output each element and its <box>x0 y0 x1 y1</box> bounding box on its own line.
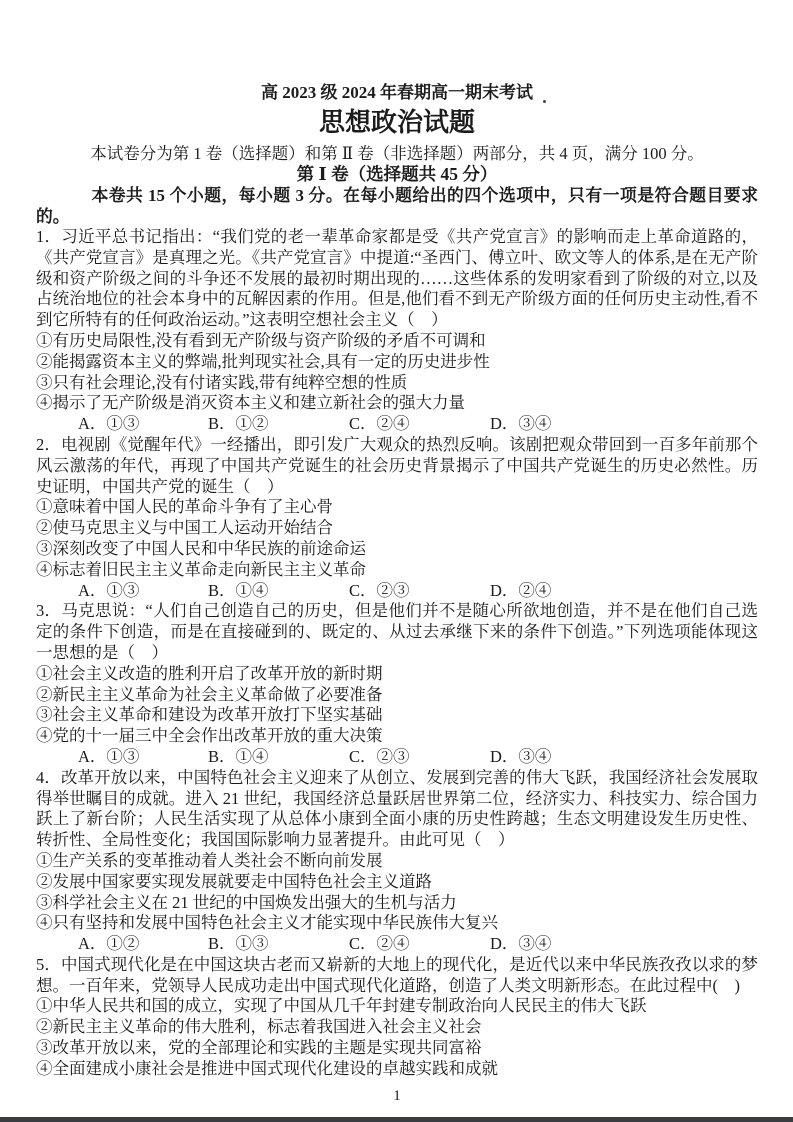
question-3-options-row: A．①③ B．①④ C．②③ D．③④ <box>36 747 758 768</box>
question-5-stem: 5．中国式现代化是在中国这块古老而又崭新的大地上的现代化，是近代以来中华民族孜孜… <box>36 955 758 997</box>
question-5-item-2: ②新民主主义革命的伟大胜利，标志着我国进入社会主义社会 <box>36 1017 758 1038</box>
question-1-item-4: ④揭示了无产阶级是消灭资本主义和建立新社会的强大力量 <box>36 393 758 414</box>
question-1-option-a: A．①③ <box>78 414 208 435</box>
question-2-option-b: B．①④ <box>208 581 349 602</box>
question-3-option-d: D．③④ <box>490 747 551 768</box>
question-2-option-a: A．①③ <box>78 581 208 602</box>
question-4-options-row: A．①② B．①③ C．②④ D．③④ <box>36 934 758 955</box>
question-4-item-3: ③科学社会主义在 21 世纪的中国焕发出强大的生机与活力 <box>36 893 758 914</box>
page-bottom-edge <box>0 1117 793 1122</box>
question-2-option-d: D．②④ <box>490 581 551 602</box>
question-1: 1．习近平总书记指出：“我们党的老一辈革命家都是受《共产党宣言》的影响而走上革命… <box>36 227 758 435</box>
question-4-item-2: ②发展中国家要实现发展就要走中国特色社会主义道路 <box>36 872 758 893</box>
question-4-option-d: D．③④ <box>490 934 551 955</box>
question-3-option-b: B．①④ <box>208 747 349 768</box>
question-3-item-1: ①社会主义改造的胜利开启了改革开放的新时期 <box>36 664 758 685</box>
question-2-item-4: ④标志着旧民主主义革命走向新民主主义革命 <box>36 560 758 581</box>
exam-session-title: 高 2023 级 2024 年春期高一期末考试 <box>36 82 758 104</box>
question-3-item-4: ④党的十一届三中全会作出改革开放的重大决策 <box>36 726 758 747</box>
question-1-option-c: C．②④ <box>349 414 490 435</box>
question-1-item-1: ①有历史局限性,没有看到无产阶级与资产阶级的矛盾不可调和 <box>36 331 758 352</box>
question-1-option-d: D．③④ <box>490 414 551 435</box>
question-2: 2．电视剧《觉醒年代》一经播出，即引发广大观众的热烈反响。该剧把观众带回到一百多… <box>36 435 758 601</box>
question-2-item-2: ②使马克思主义与中国工人运动开始结合 <box>36 518 758 539</box>
question-4-option-c: C．②④ <box>349 934 490 955</box>
question-3-option-c: C．②③ <box>349 747 490 768</box>
question-1-stem: 1．习近平总书记指出：“我们党的老一辈革命家都是受《共产党宣言》的影响而走上革命… <box>36 227 758 331</box>
exam-description: 本试卷分为第 1 卷（选择题）和第 Ⅱ 卷（非选择题）两部分，共 4 页，满分 … <box>36 143 758 164</box>
question-2-item-3: ③深刻改变了中国人民和中华民族的前途命运 <box>36 539 758 560</box>
question-2-options-row: A．①③ B．①④ C．②③ D．②④ <box>36 581 758 602</box>
question-1-item-3: ③只有社会理论,没有付诸实践,带有纯粹空想的性质 <box>36 373 758 394</box>
question-3: 3．马克思说：“人们自己创造自己的历史，但是他们并不是随心所欲地创造，并不是在他… <box>36 601 758 767</box>
question-3-stem: 3．马克思说：“人们自己创造自己的历史，但是他们并不是随心所欲地创造，并不是在他… <box>36 601 758 663</box>
question-2-stem: 2．电视剧《觉醒年代》一经播出，即引发广大观众的热烈反响。该剧把观众带回到一百多… <box>36 435 758 497</box>
exam-title: 思想政治试题 <box>36 106 758 139</box>
exam-page: 高 2023 级 2024 年春期高一期末考试 思想政治试题 本试卷分为第 1 … <box>0 0 793 1122</box>
question-3-item-3: ③社会主义革命和建设为改革开放打下坚实基础 <box>36 705 758 726</box>
question-4: 4．改革开放以来，中国特色社会主义迎来了从创立、发展到完善的伟大飞跃，我国经济社… <box>36 768 758 955</box>
section-1-instructions: 本卷共 15 个小题，每小题 3 分。在每小题给出的四个选项中，只有一项是符合题… <box>36 185 758 227</box>
question-2-option-c: C．②③ <box>349 581 490 602</box>
question-5-item-3: ③改革开放以来，党的全部理论和实践的主题是实现共同富裕 <box>36 1038 758 1059</box>
section-1-heading: 第 Ⅰ 卷（选择题共 45 分） <box>36 164 758 185</box>
question-1-option-b: B．①② <box>208 414 349 435</box>
question-5-item-1: ①中华人民共和国的成立，实现了中国从几千年封建专制政治向人民民主的伟大飞跃 <box>36 996 758 1017</box>
question-4-item-4: ④只有坚持和发展中国特色社会主义才能实现中华民族伟大复兴 <box>36 913 758 934</box>
question-4-stem: 4．改革开放以来，中国特色社会主义迎来了从创立、发展到完善的伟大飞跃，我国经济社… <box>36 768 758 851</box>
question-2-item-1: ①意味着中国人民的革命斗争有了主心骨 <box>36 497 758 518</box>
question-3-item-2: ②新民主主义革命为社会主义革命做了必要准备 <box>36 685 758 706</box>
question-3-option-a: A．①③ <box>78 747 208 768</box>
question-5-item-4: ④全面建成小康社会是推进中国式现代化建设的卓越实践和成就 <box>36 1059 758 1080</box>
page-number: 1 <box>36 1087 758 1106</box>
question-1-item-2: ②能揭露资本主义的弊端,批判现实社会,具有一定的历史进步性 <box>36 352 758 373</box>
question-4-option-b: B．①③ <box>208 934 349 955</box>
question-4-item-1: ①生产关系的变革推动着人类社会不断向前发展 <box>36 851 758 872</box>
question-5: 5．中国式现代化是在中国这块古老而又崭新的大地上的现代化，是近代以来中华民族孜孜… <box>36 955 758 1080</box>
question-4-option-a: A．①② <box>78 934 208 955</box>
exam-content: 高 2023 级 2024 年春期高一期末考试 思想政治试题 本试卷分为第 1 … <box>36 82 758 1106</box>
question-1-options-row: A．①③ B．①② C．②④ D．③④ <box>36 414 758 435</box>
